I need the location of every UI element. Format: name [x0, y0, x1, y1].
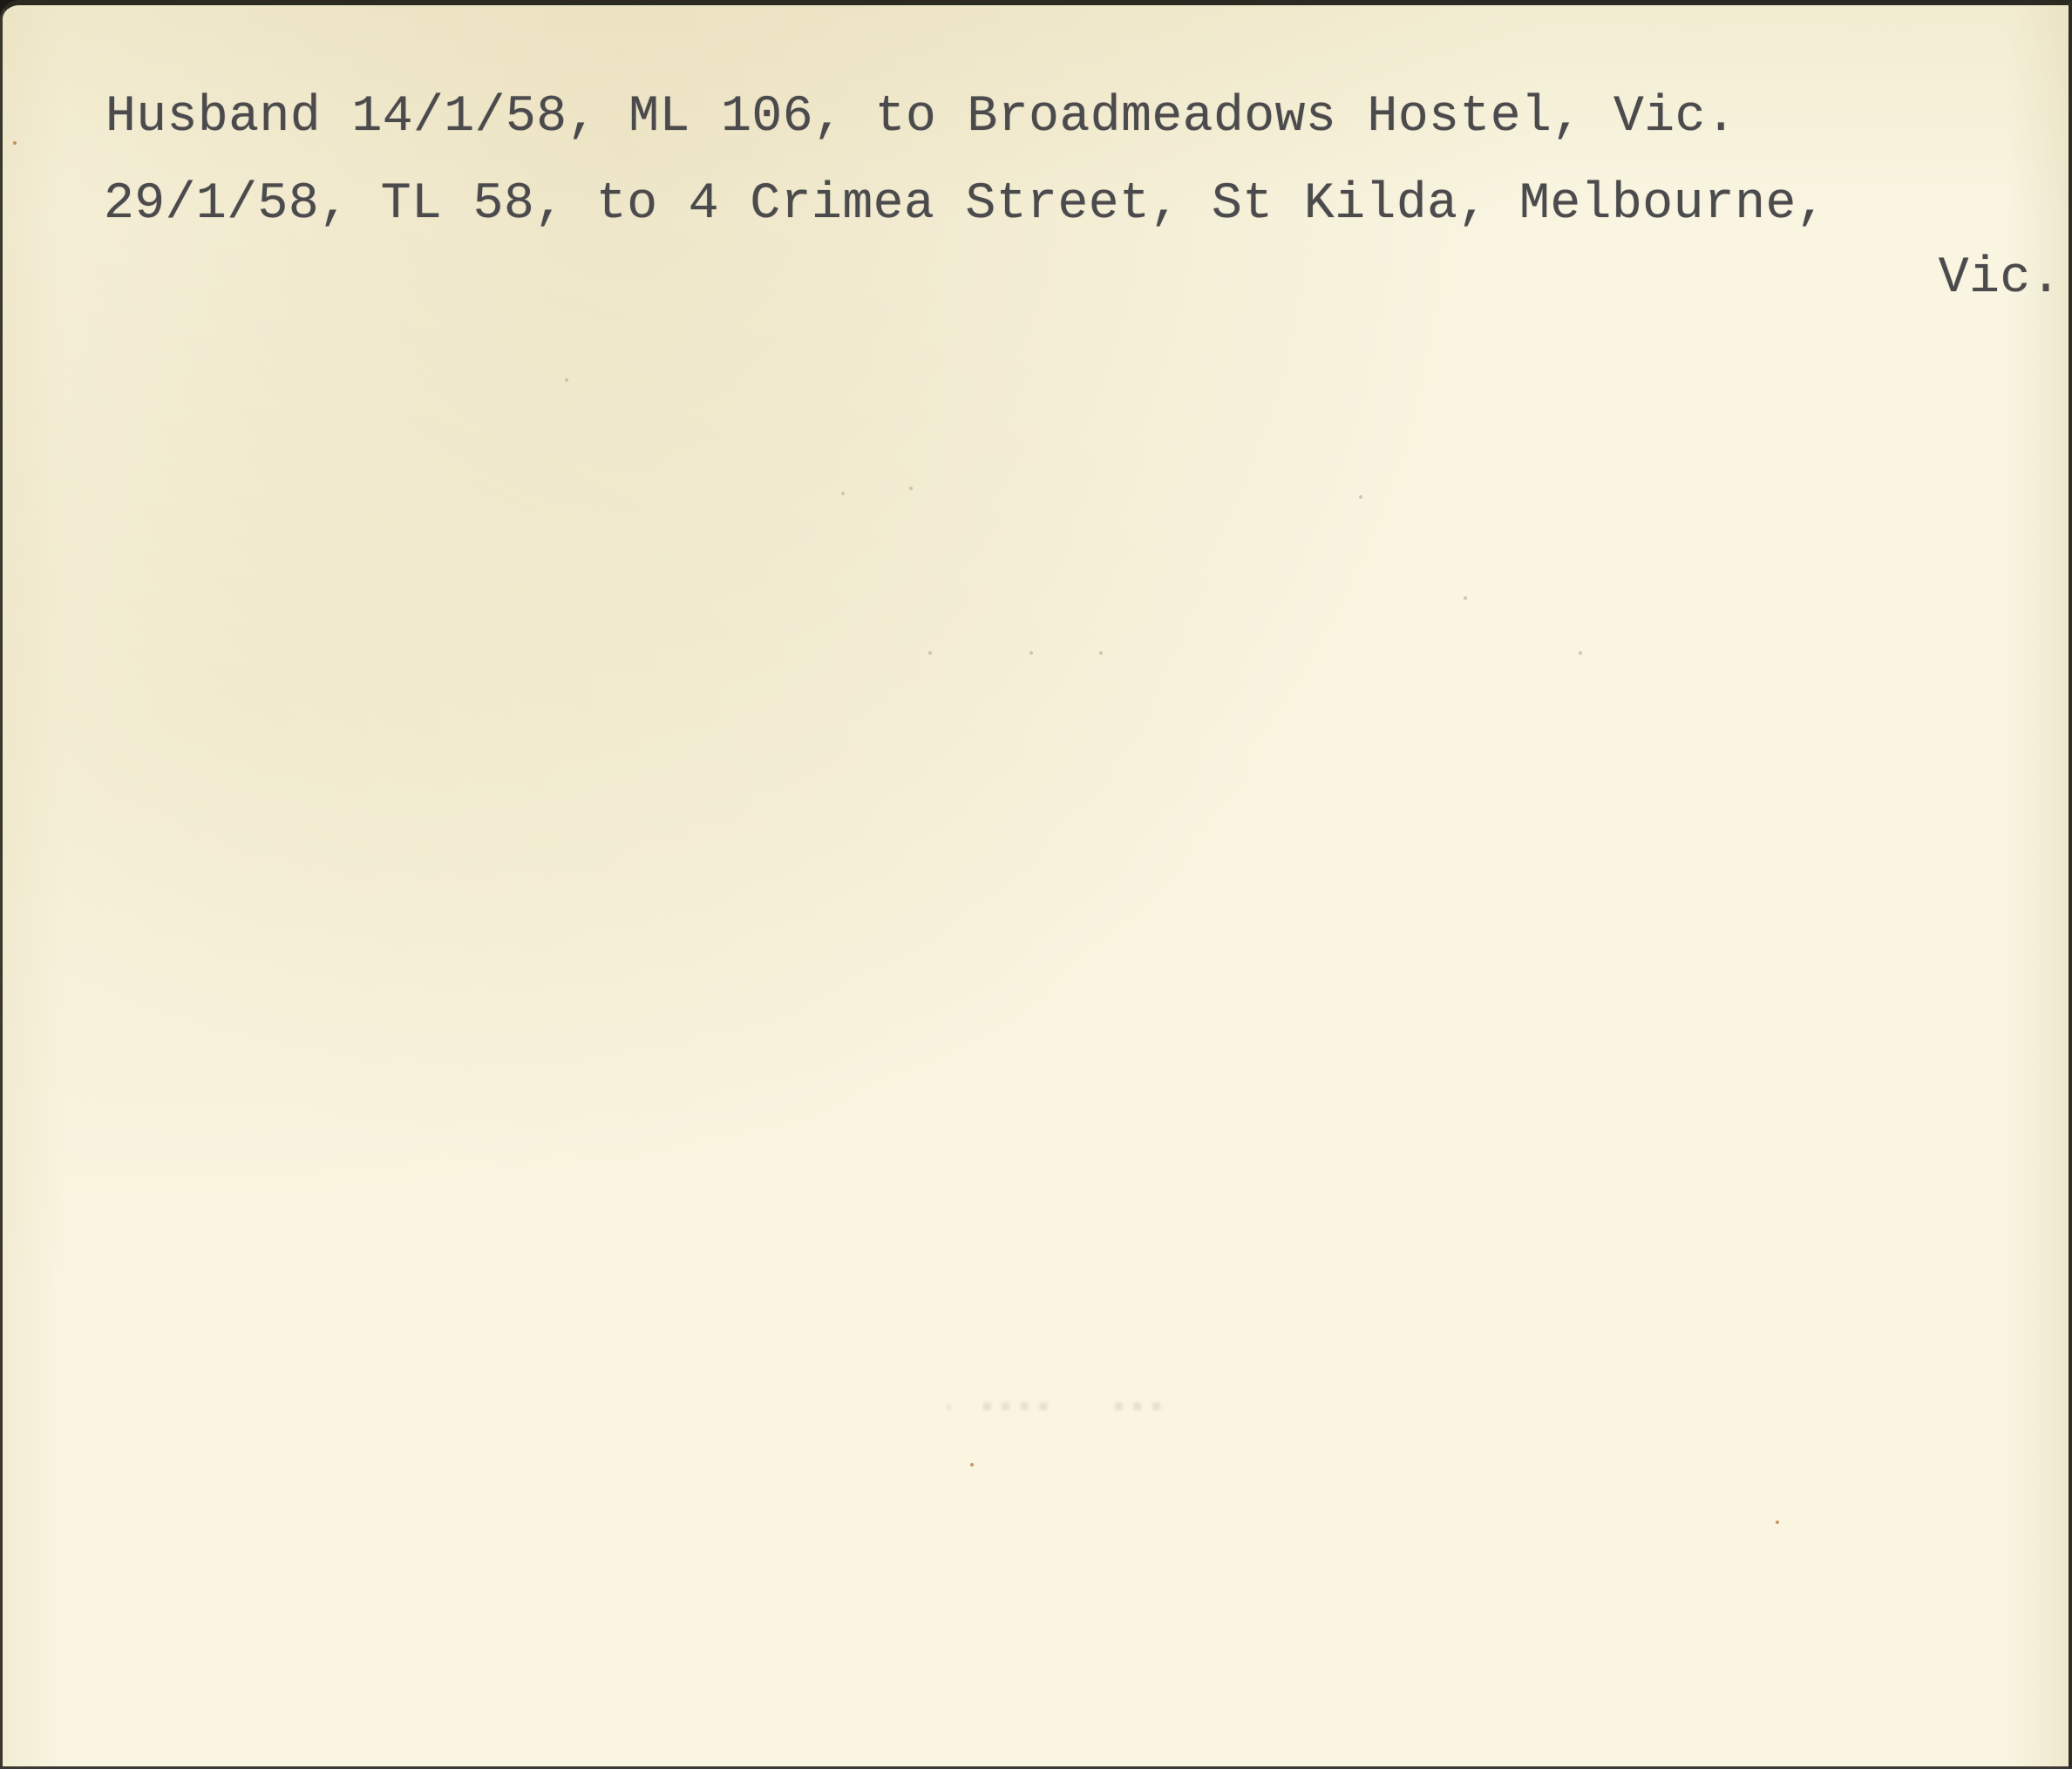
- paper-speck: [841, 492, 845, 495]
- paper-speck: [1776, 1521, 1779, 1524]
- paper-speck: [13, 141, 17, 145]
- card-entry-line-1: Husband 14/1/58, ML 106, to Broadmeadows…: [105, 92, 1736, 143]
- card-entry-line-3: Vic.: [1939, 254, 2062, 304]
- card-entry-line-2: 29/1/58, TL 58, to 4 Crimea Street, St K…: [104, 180, 1827, 230]
- paper-speck: [1579, 651, 1582, 655]
- paper-speck: [928, 651, 932, 655]
- paper-speck: [1464, 596, 1467, 600]
- paper-speck: [1359, 495, 1362, 499]
- index-card: Husband 14/1/58, ML 106, to Broadmeadows…: [0, 0, 2072, 1769]
- bleed-through-text: · ▪▪▪▪ ▪▪▪: [940, 1390, 1165, 1425]
- paper-speck: [565, 378, 568, 382]
- paper-speck: [1029, 651, 1033, 655]
- paper-speck: [909, 486, 913, 490]
- paper-speck: [970, 1463, 974, 1466]
- paper-speck: [1099, 651, 1103, 655]
